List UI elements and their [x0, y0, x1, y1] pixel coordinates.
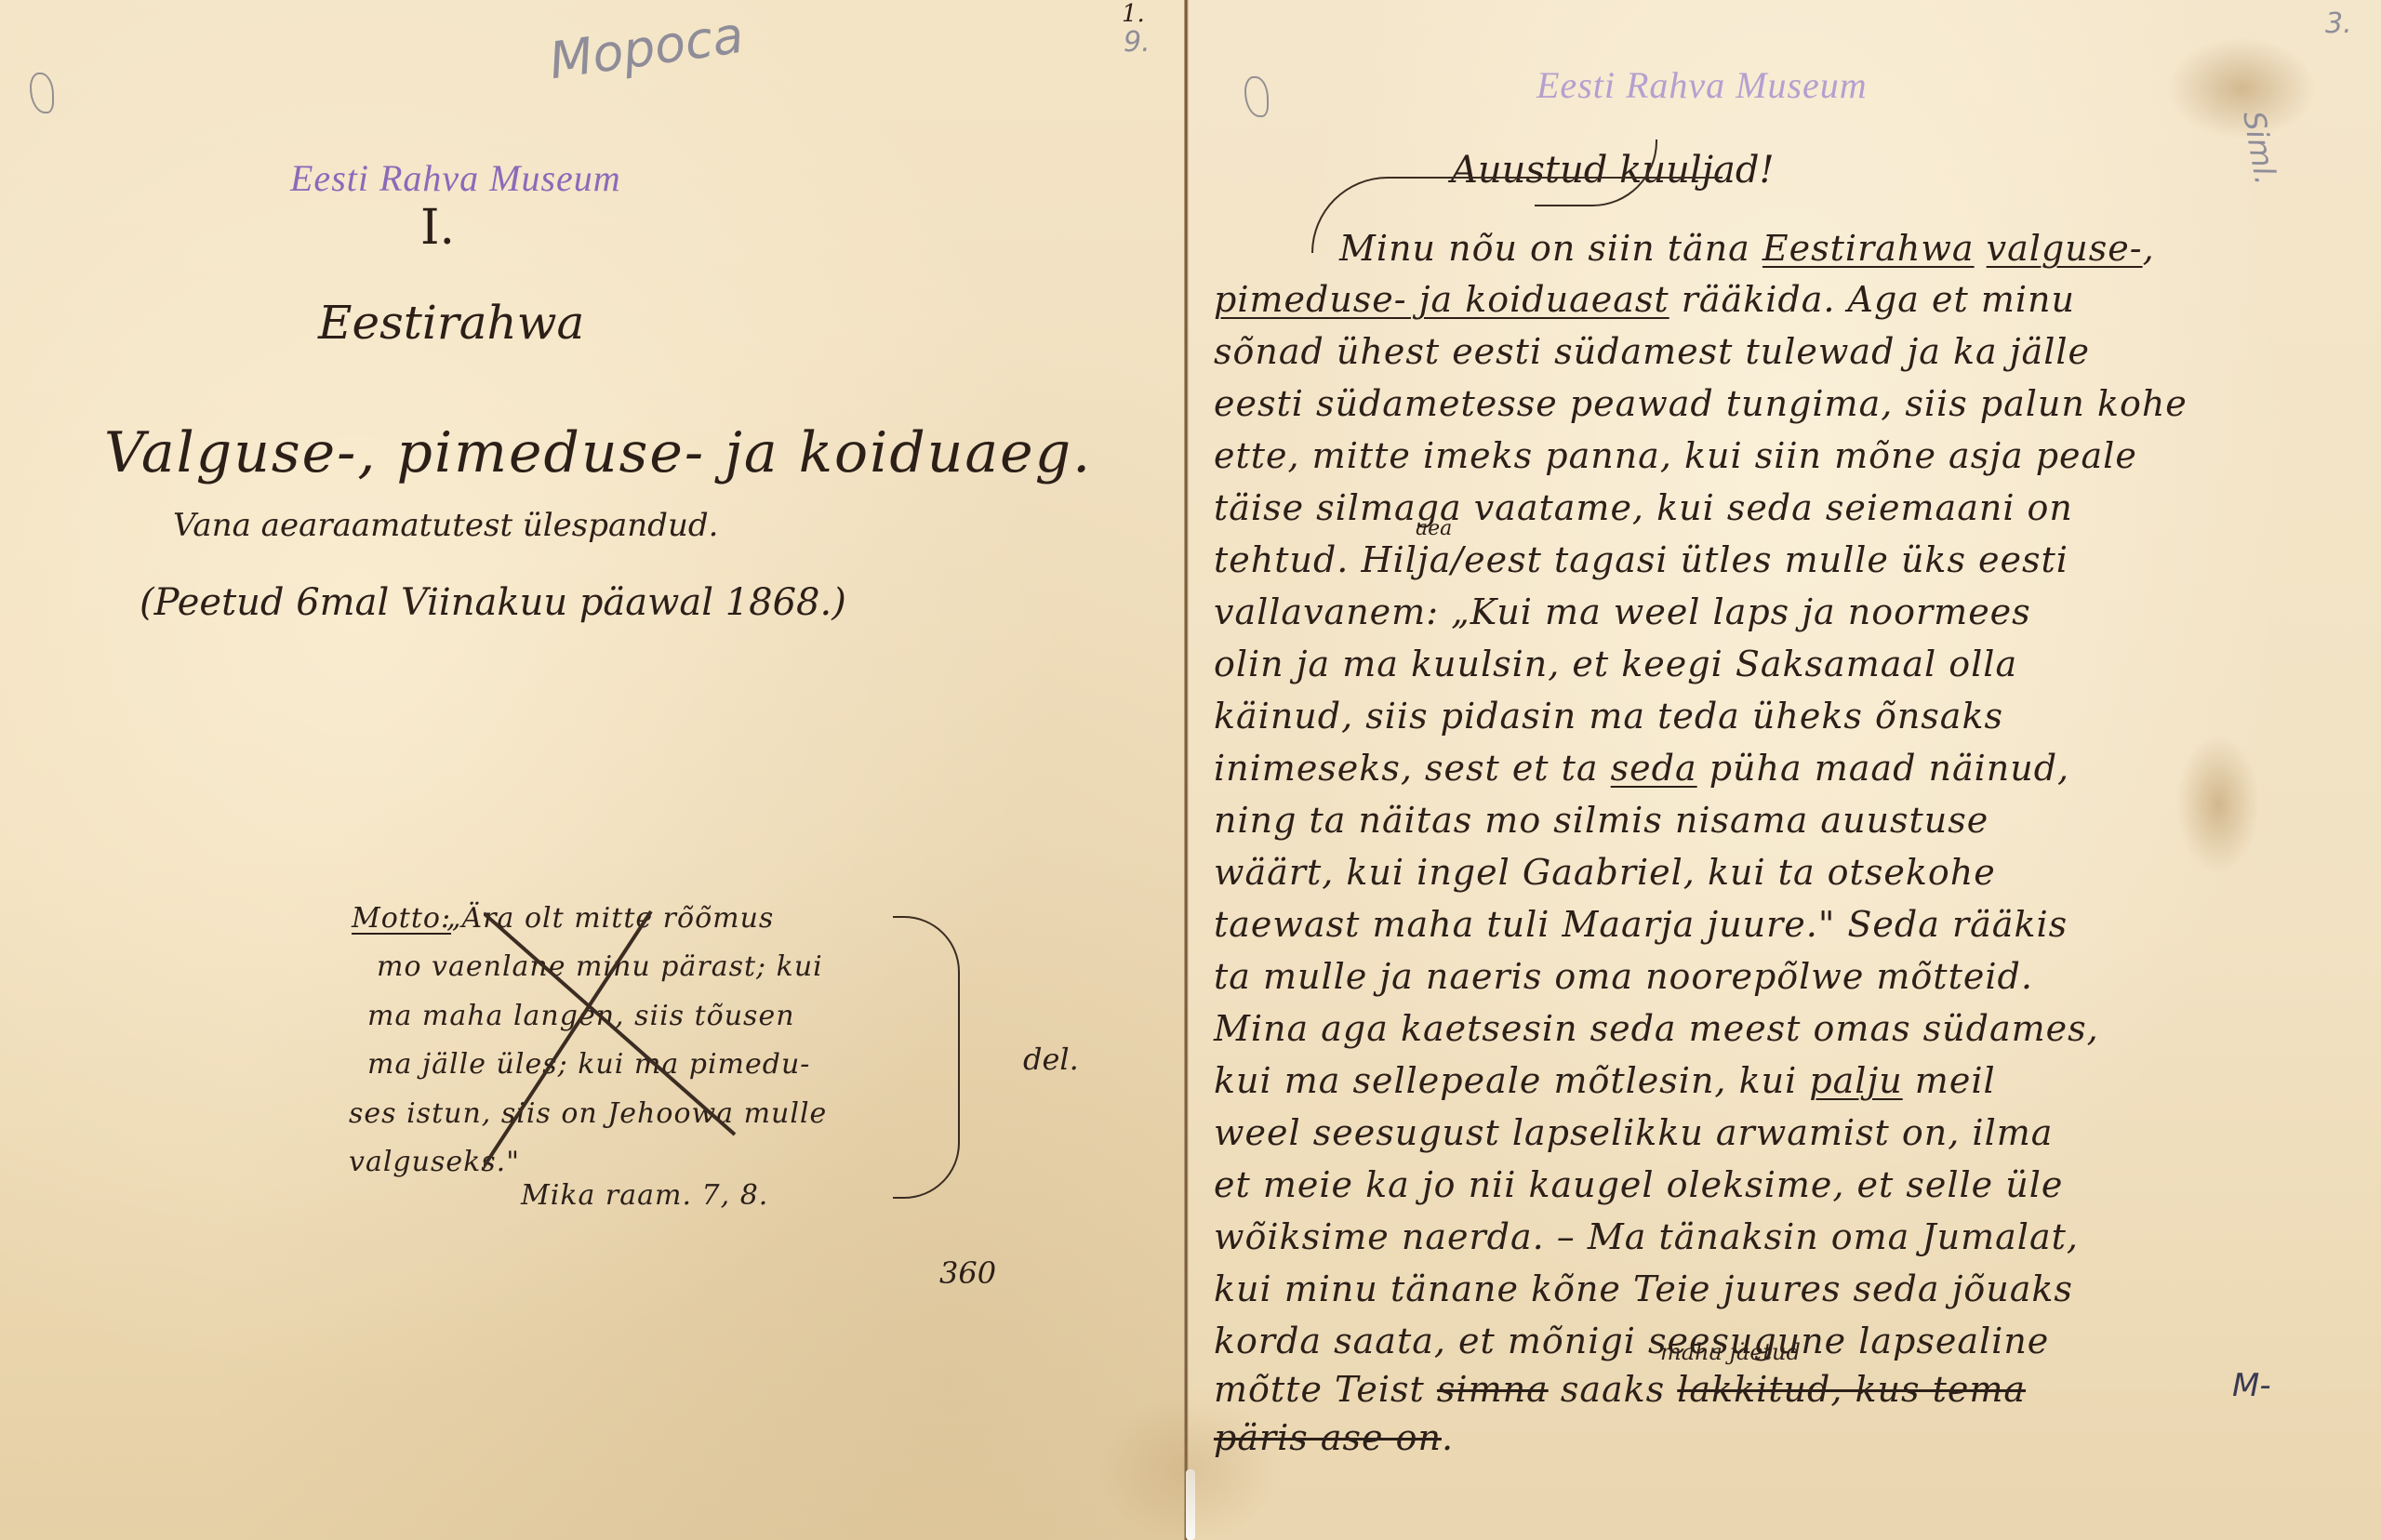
body-line: ette, mitte imeks panna, kui siin mõne a… — [1214, 435, 2137, 476]
motto-bracket — [893, 916, 960, 1199]
body-line: vallavanem: „Kui ma weel laps ja noormee… — [1214, 591, 2031, 632]
folio-number: 1. — [1122, 0, 1145, 28]
stain-right-margin — [2176, 735, 2260, 874]
body-line: ta mulle ja naeris oma noorepõlwe mõttei… — [1214, 956, 2033, 997]
margin-note-del: del. — [1023, 1042, 1079, 1077]
motto-label: Motto: — [352, 902, 451, 935]
body-line: ning ta näitas mo silmis nisama auustuse — [1214, 800, 1989, 841]
read-date: (Peetud 6mal Viinakuu päawal 1868.) — [140, 581, 846, 624]
interlinear-insertion: aea — [1416, 517, 1452, 540]
folio-number-right: 3. — [2325, 7, 2352, 40]
museum-stamp: Eesti Rahva Museum — [290, 156, 621, 200]
pencil-note-margin: 9. — [1124, 26, 1151, 59]
body-line: olin ja ma kuulsin, et keegi Saksamaal o… — [1214, 644, 2017, 684]
left-page — [0, 0, 1187, 1540]
cross-out-mark — [484, 893, 781, 1200]
body-line: pimeduse- ja koiduaeast rääkida. Aga et … — [1214, 279, 2075, 320]
section-numeral: I. — [420, 200, 455, 256]
body-line: korda saata, et mõnigi seesugune lapseal… — [1214, 1321, 2049, 1361]
body-line: Minu nõu on siin täna Eestirahwa valguse… — [1339, 228, 2155, 269]
body-line: eesti südametesse peawad tungima, siis p… — [1214, 383, 2188, 424]
body-line: wõiksime naerda. – Ma tänaksin oma Jumal… — [1214, 1216, 2079, 1257]
margin-mark: M- — [2232, 1367, 2271, 1404]
body-line: inimeseks, sest et ta seda püha maad näi… — [1214, 748, 2069, 789]
interlinear-insertion: maha jäetud — [1660, 1339, 1801, 1365]
body-line: mõtte Teist simna saaks lakkitud, kus te… — [1214, 1369, 2026, 1410]
body-line: sõnad ühest eesti südamest tulewad ja ka… — [1214, 331, 2090, 372]
body-line: käinud, siis pidasin ma teda üheks õnsak… — [1214, 696, 2003, 737]
body-line: et meie ka jo nii kaugel oleksime, et se… — [1214, 1164, 2063, 1205]
body-line: tehtud. Hilja/eest tagasi ütles mulle ük… — [1214, 539, 2068, 580]
body-line: Mina aga kaetsesin seda meest omas südam… — [1214, 1008, 2099, 1049]
pencil-number: 360 — [939, 1255, 996, 1291]
body-line: kui minu tänane kõne Teie juures seda jõ… — [1214, 1268, 2073, 1309]
body-line: päris ase on. — [1214, 1417, 1454, 1458]
body-line: taewast maha tuli Maarja juure." Seda rä… — [1214, 904, 2068, 945]
page-fold — [1184, 0, 1189, 1540]
title-line-1: Eestirahwa — [318, 296, 584, 350]
body-line: weel seesugust lapselikku arwamist on, i… — [1214, 1112, 2053, 1153]
title-line-2: Valguse-, pimeduse- ja koiduaeg. — [104, 420, 1092, 485]
body-line: kui ma sellepeale mõtlesin, kui palju me… — [1214, 1060, 1996, 1101]
subtitle: Vana aearaamatutest ülespandud. — [173, 507, 718, 544]
museum-stamp-right: Eesti Rahva Museum — [1536, 63, 1868, 107]
body-line: wäärt, kui ingel Gaabriel, kui ta otseko… — [1214, 852, 1996, 893]
body-line: täise silmaga vaatame, kui seda seiemaan… — [1214, 487, 2073, 528]
